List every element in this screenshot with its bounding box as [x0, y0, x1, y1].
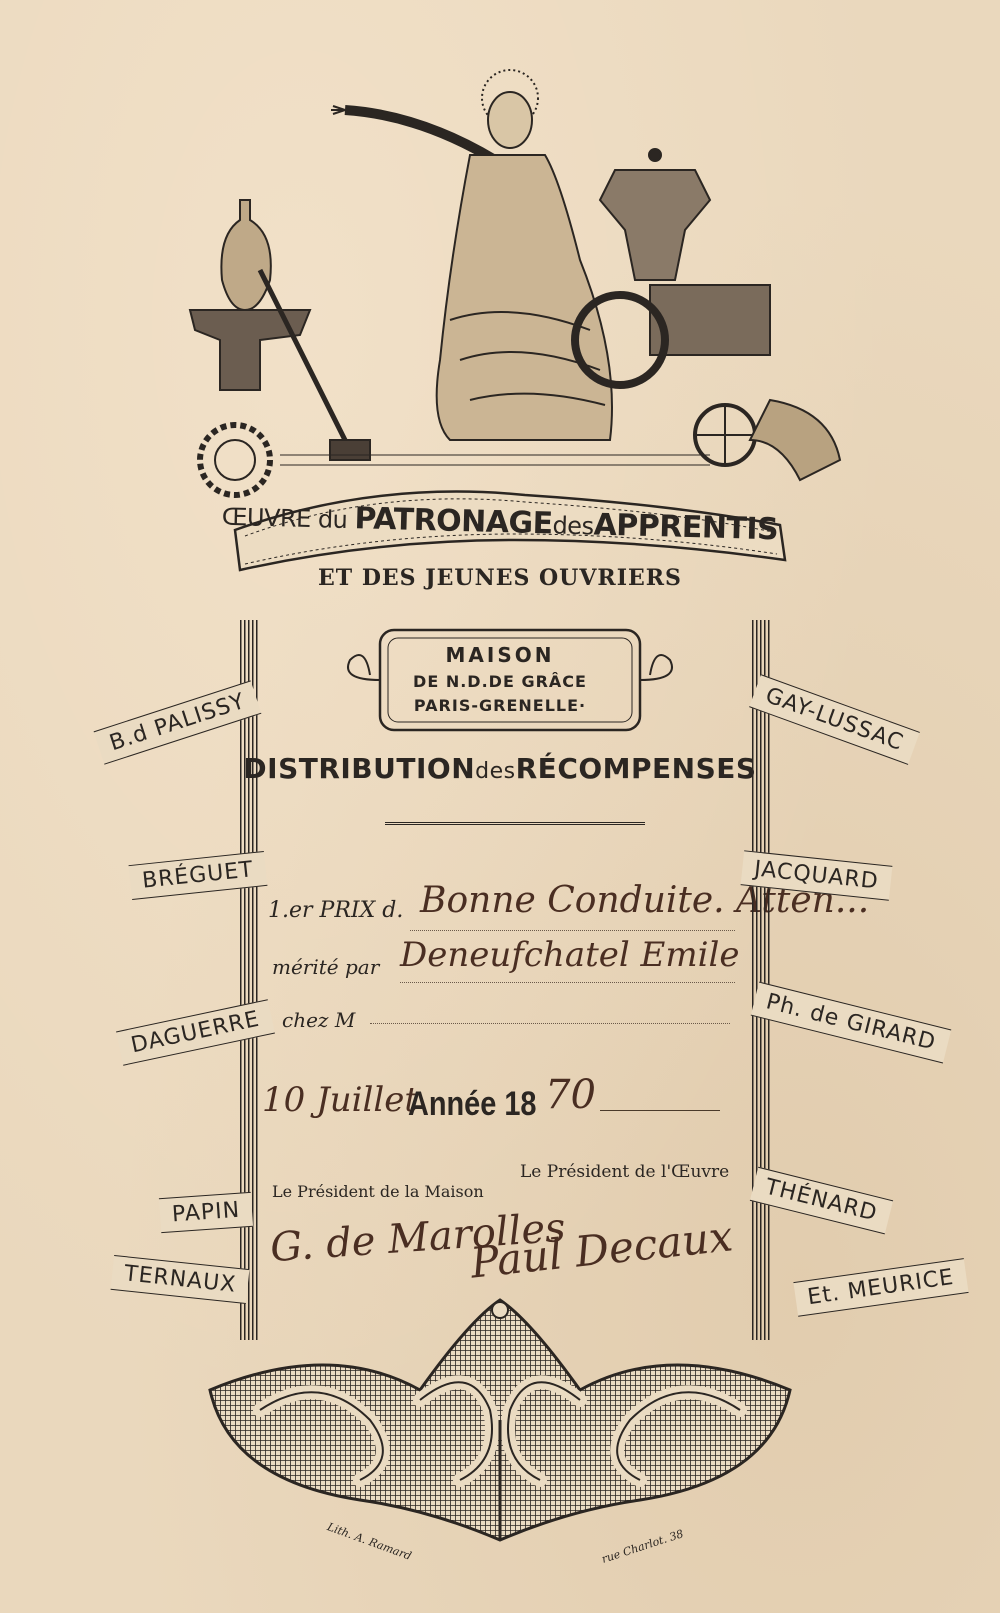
ribbon-right-4: THÉNARD [750, 1167, 893, 1234]
prize-line [410, 930, 735, 931]
president-maison-label: Le Président de la Maison [272, 1182, 484, 1201]
year-value-handwritten: 70 [545, 1072, 596, 1118]
left-column [240, 620, 258, 1340]
recipient-label: mérité par [272, 955, 379, 979]
right-column [752, 620, 770, 1340]
ribbon-left-4: PAPIN [159, 1192, 253, 1233]
ribbon-left-5: TERNAUX [111, 1255, 250, 1304]
employer-label: chez M [282, 1008, 355, 1032]
certificate-heading: DISTRIBUTIONdesRÉCOMPENSES [0, 752, 1000, 785]
heading-divider [385, 822, 645, 825]
engraving-christ-with-tools [150, 60, 850, 500]
recipient-name-handwritten: Deneufchatel Emile [400, 935, 740, 975]
ribbon-right-3: Ph. de GIRARD [751, 982, 951, 1064]
recipient-line [400, 982, 735, 983]
year-label: Année 18 [408, 1085, 537, 1124]
organization-subtitle: ET DES JEUNES OUVRIERS [0, 565, 1000, 591]
date-handwritten: 10 Juillet [262, 1080, 418, 1120]
president-oeuvre-label: Le Président de l'Œuvre [520, 1162, 729, 1182]
maison-name: DE N.D.DE GRÂCE [380, 672, 620, 691]
bottom-scroll-ornament [170, 1300, 830, 1540]
maison-title: MAISON [380, 643, 620, 667]
year-line [600, 1110, 720, 1111]
maison-location: PARIS-GRENELLE· [380, 696, 620, 715]
employer-line [370, 1023, 730, 1024]
prize-label: 1.er PRIX d. [268, 898, 403, 923]
